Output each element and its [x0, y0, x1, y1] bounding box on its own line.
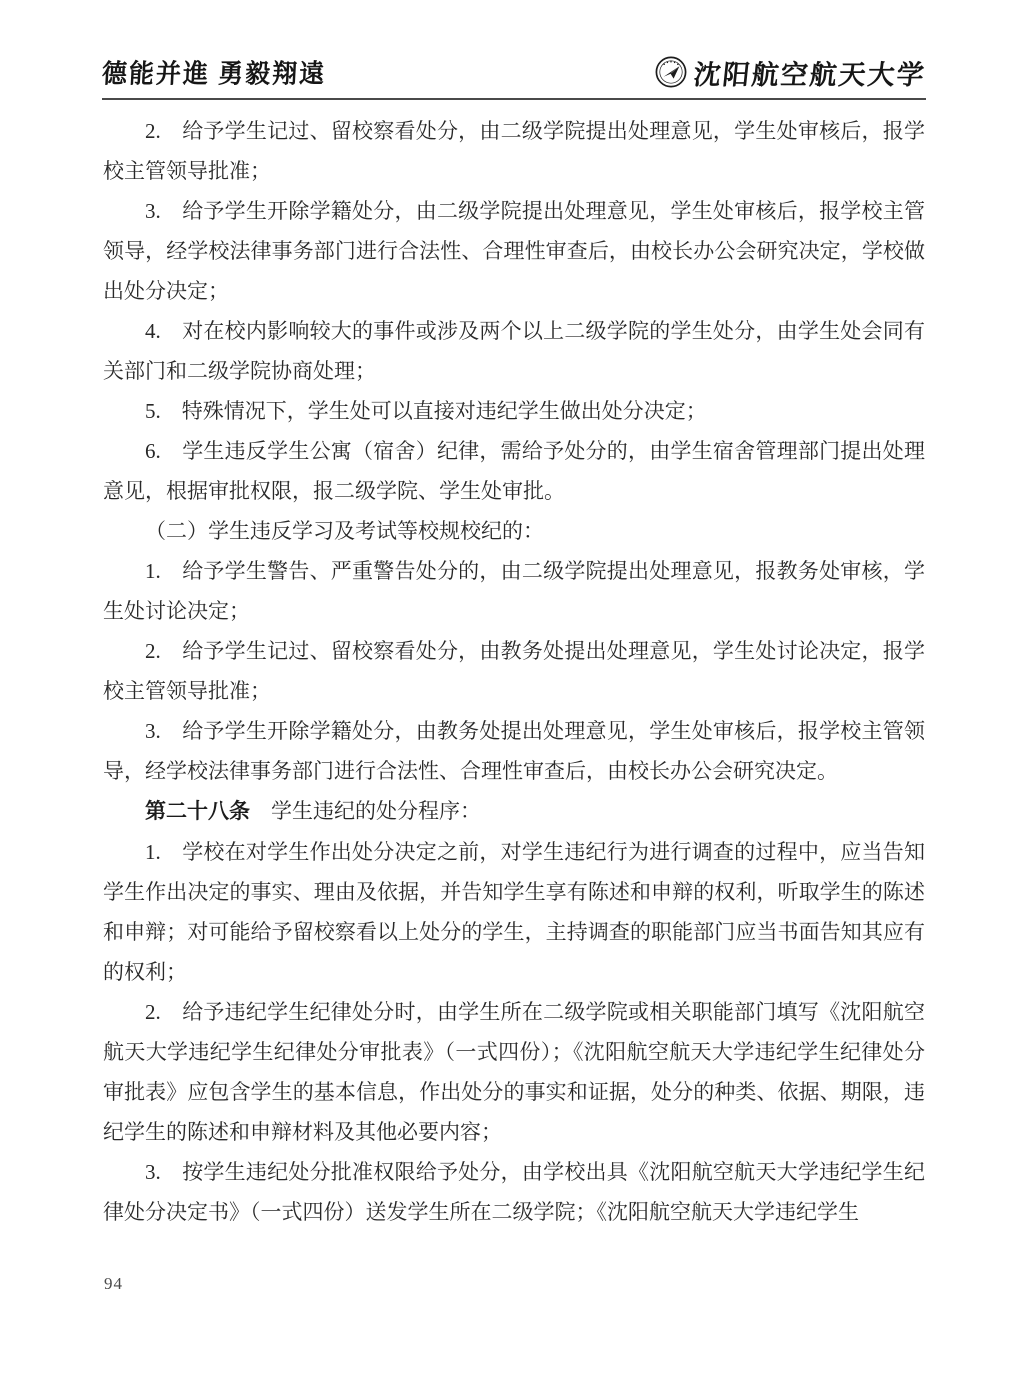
paragraph: 2. 给予学生记过、留校察看处分，由二级学院提出处理意见，学生处审核后，报学校主…	[103, 111, 925, 191]
paragraph: 3. 按学生违纪处分批准权限给予处分，由学校出具《沈阳航空航天大学违纪学生纪律处…	[103, 1152, 925, 1232]
paragraph: 2. 给予违纪学生纪律处分时，由学生所在二级学院或相关职能部门填写《沈阳航空航天…	[103, 992, 925, 1152]
paragraph: 6. 学生违反学生公寓（宿舍）纪律，需给予处分的，由学生宿舍管理部门提出处理意见…	[103, 431, 925, 511]
university-name-calligraphy: 沈阳航空航天大学	[692, 53, 928, 92]
paragraph: 1. 学校在对学生作出处分决定之前，对学生违纪行为进行调查的过程中，应当告知学生…	[103, 832, 925, 992]
paragraph: （二）学生违反学习及考试等校规校纪的：	[103, 511, 925, 551]
page-number: 94	[104, 1274, 123, 1294]
school-motto-calligraphy: 德能并進 勇毅翔遠	[101, 53, 327, 91]
page-header: 德能并進 勇毅翔遠 沈阳航空航天大学	[102, 52, 926, 100]
paragraph: 5. 特殊情况下，学生处可以直接对违纪学生做出处分决定；	[103, 391, 925, 431]
paragraph: 第二十八条 学生违纪的处分程序：	[103, 791, 925, 832]
document-page: 德能并進 勇毅翔遠 沈阳航空航天大学 2. 给予学生记过、留校察看处分，由二级学…	[0, 0, 1024, 1387]
university-brand: 沈阳航空航天大学	[655, 53, 926, 92]
paragraph: 1. 给予学生警告、严重警告处分的，由二级学院提出处理意见，报教务处审核，学生处…	[103, 551, 925, 631]
paragraph: 3. 给予学生开除学籍处分，由二级学院提出处理意见，学生处审核后，报学校主管领导…	[103, 191, 925, 311]
paragraph: 2. 给予学生记过、留校察看处分，由教务处提出处理意见，学生处讨论决定，报学校主…	[103, 631, 925, 711]
document-body: 2. 给予学生记过、留校察看处分，由二级学院提出处理意见，学生处审核后，报学校主…	[103, 111, 925, 1232]
paragraph: 4. 对在校内影响较大的事件或涉及两个以上二级学院的学生处分，由学生处会同有关部…	[103, 311, 925, 391]
article-number: 第二十八条	[145, 800, 250, 823]
university-seal-icon	[655, 56, 687, 88]
paragraph: 3. 给予学生开除学籍处分，由教务处提出处理意见，学生处审核后，报学校主管领导，…	[103, 711, 925, 791]
